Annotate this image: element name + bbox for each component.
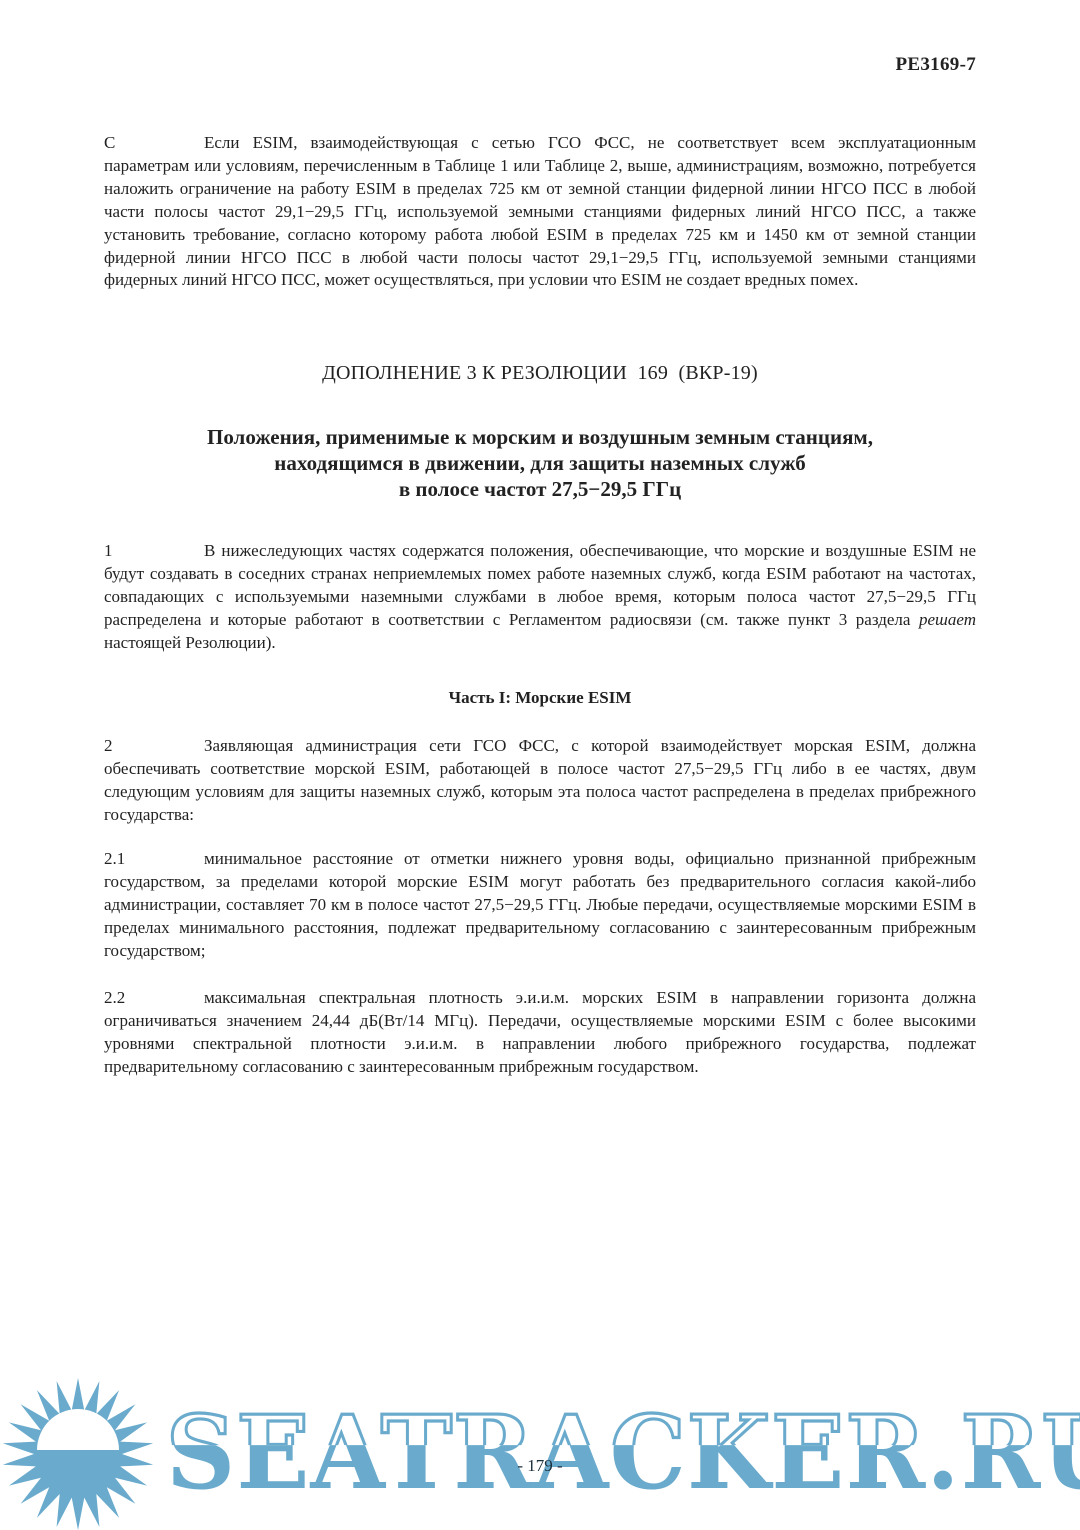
section-title: Положения, применимые к морским и воздуш… — [0, 424, 1080, 502]
paragraph-text: минимальное расстояние от отметки нижнег… — [104, 849, 976, 960]
page-number: - 179 - — [0, 1456, 1080, 1476]
paragraph-text: Если ESIM, взаимодействующая с сетью ГСО… — [104, 133, 976, 289]
paragraph-text: В нижеследующих частях содержатся положе… — [104, 541, 976, 629]
paragraph-text: настоящей Резолюции). — [104, 633, 276, 652]
annex-heading: ДОПОЛНЕНИЕ 3 К РЕЗОЛЮЦИИ 169 (ВКР-19) — [0, 362, 1080, 385]
paragraph-number: 1 — [104, 540, 204, 563]
section-title-line: в полосе частот 27,5−29,5 ГГц — [0, 476, 1080, 502]
document-reference: РЕ3169-7 — [895, 54, 976, 76]
paragraph-1: 1В нижеследующих частях содержатся полож… — [104, 540, 976, 655]
section-title-line: Положения, применимые к морским и воздуш… — [0, 424, 1080, 450]
paragraph-2-2: 2.2максимальная спектральная плотность э… — [104, 987, 976, 1079]
paragraph-text: Заявляющая администрация сети ГСО ФСС, с… — [104, 736, 976, 824]
paragraph-2-1: 2.1минимальное расстояние от отметки ниж… — [104, 848, 976, 963]
paragraph-number: 2 — [104, 735, 204, 758]
paragraph-italic-term: решает — [919, 610, 976, 629]
part-heading: Часть I: Морские ESIM — [0, 688, 1080, 708]
paragraph-c: СЕсли ESIM, взаимодействующая с сетью ГС… — [104, 132, 976, 292]
section-title-line: находящимся в движении, для защиты назем… — [0, 450, 1080, 476]
watermark-text: SEATRACKER.RU SEATRACKER.RU — [166, 1401, 1080, 1506]
paragraph-number: С — [104, 132, 204, 155]
paragraph-text: максимальная спектральная плотность э.и.… — [104, 988, 976, 1076]
paragraph-number: 2.1 — [104, 848, 204, 871]
paragraph-2: 2Заявляющая администрация сети ГСО ФСС, … — [104, 735, 976, 827]
paragraph-number: 2.2 — [104, 987, 204, 1010]
